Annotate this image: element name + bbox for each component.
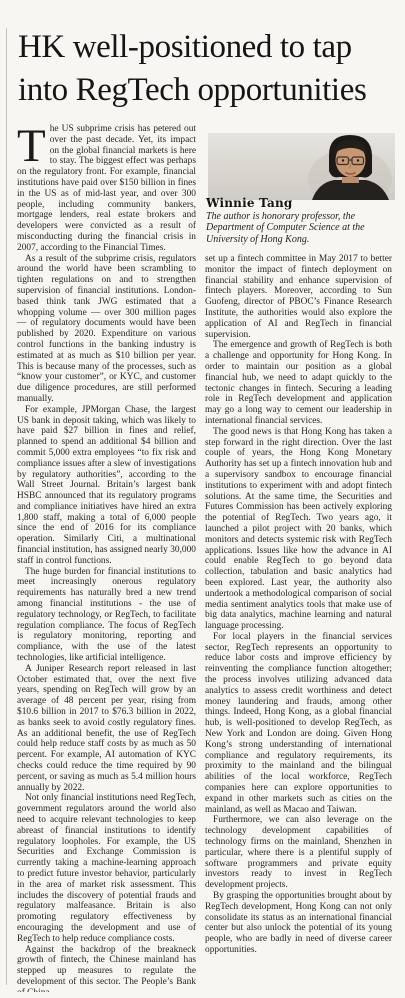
article-paragraph: By grasping the opportunities brought ab…: [205, 891, 392, 956]
article-paragraph: Furthermore, we can also leverage on the…: [205, 815, 392, 891]
column-rule: [6, 28, 7, 985]
article-column-left: The US subprime crisis has petered out o…: [17, 124, 196, 992]
left-paragraph-list: As a result of the subprime crisis, regu…: [17, 254, 196, 992]
article-paragraph: set up a fintech committee in May 2017 t…: [205, 254, 392, 340]
article-column-right: set up a fintech committee in May 2017 t…: [205, 254, 392, 992]
article-paragraph: A Juniper Research report released in la…: [17, 664, 196, 794]
article-paragraph: The emergence and growth of RegTech is b…: [205, 340, 392, 426]
article-paragraph: Not only financial institutions need Reg…: [17, 793, 196, 944]
article-headline: HK well-positioned to tap into RegTech o…: [18, 26, 396, 112]
article-paragraph: The good news is that Hong Kong has take…: [205, 427, 392, 632]
article-paragraph: For example, JPMorgan Chase, the largest…: [17, 405, 196, 567]
article-paragraph: The huge burden for financial institutio…: [17, 567, 196, 664]
drop-cap: T: [17, 124, 50, 165]
author-photo: [208, 133, 395, 200]
headline-line-1: HK well-positioned to tap: [18, 26, 396, 69]
author-bio: The author is honorary professor, the De…: [206, 211, 392, 245]
right-paragraph-list: set up a fintech committee in May 2017 t…: [205, 254, 392, 956]
lead-paragraph: The US subprime crisis has petered out o…: [17, 124, 196, 254]
article-paragraph: For local players in the financial servi…: [205, 632, 392, 816]
newspaper-page: HK well-positioned to tap into RegTech o…: [0, 0, 405, 998]
author-portrait-illustration: [208, 133, 395, 200]
article-paragraph: Against the backdrop of the breakneck gr…: [17, 945, 196, 992]
headline-line-2: into RegTech opportunities: [18, 69, 396, 112]
article-paragraph: As a result of the subprime crisis, regu…: [17, 254, 196, 405]
author-name: Winnie Tang: [206, 196, 392, 210]
